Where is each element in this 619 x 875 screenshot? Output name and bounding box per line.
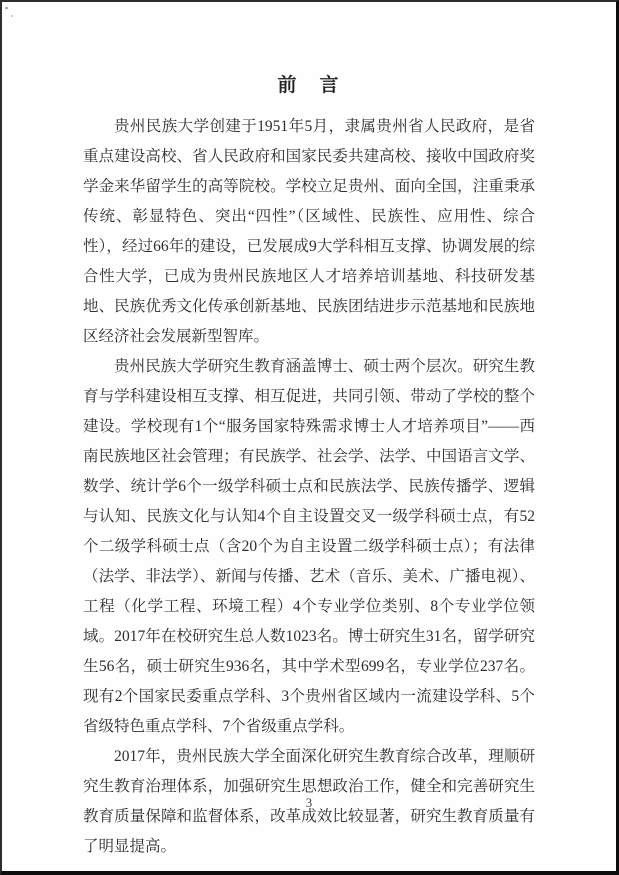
page-title: 前 言 (2, 74, 616, 97)
scanned-document-page: 前 言 贵州民族大学创建于1951年5月，隶属贵州省人民政府，是省重点建设高校、… (0, 0, 619, 875)
paragraph-university-intro: 贵州民族大学创建于1951年5月，隶属贵州省人民政府，是省重点建设高校、省人民政… (83, 112, 535, 352)
document-body: 贵州民族大学创建于1951年5月，隶属贵州省人民政府，是省重点建设高校、省人民政… (83, 112, 535, 862)
paragraph-graduate-education: 贵州民族大学研究生教育涵盖博士、硕士两个层次。研究生教育与学科建设相互支撑、相互… (83, 352, 535, 742)
scan-speck (5, 7, 8, 9)
page-number: 3 (2, 796, 616, 811)
scan-speck (11, 15, 13, 17)
